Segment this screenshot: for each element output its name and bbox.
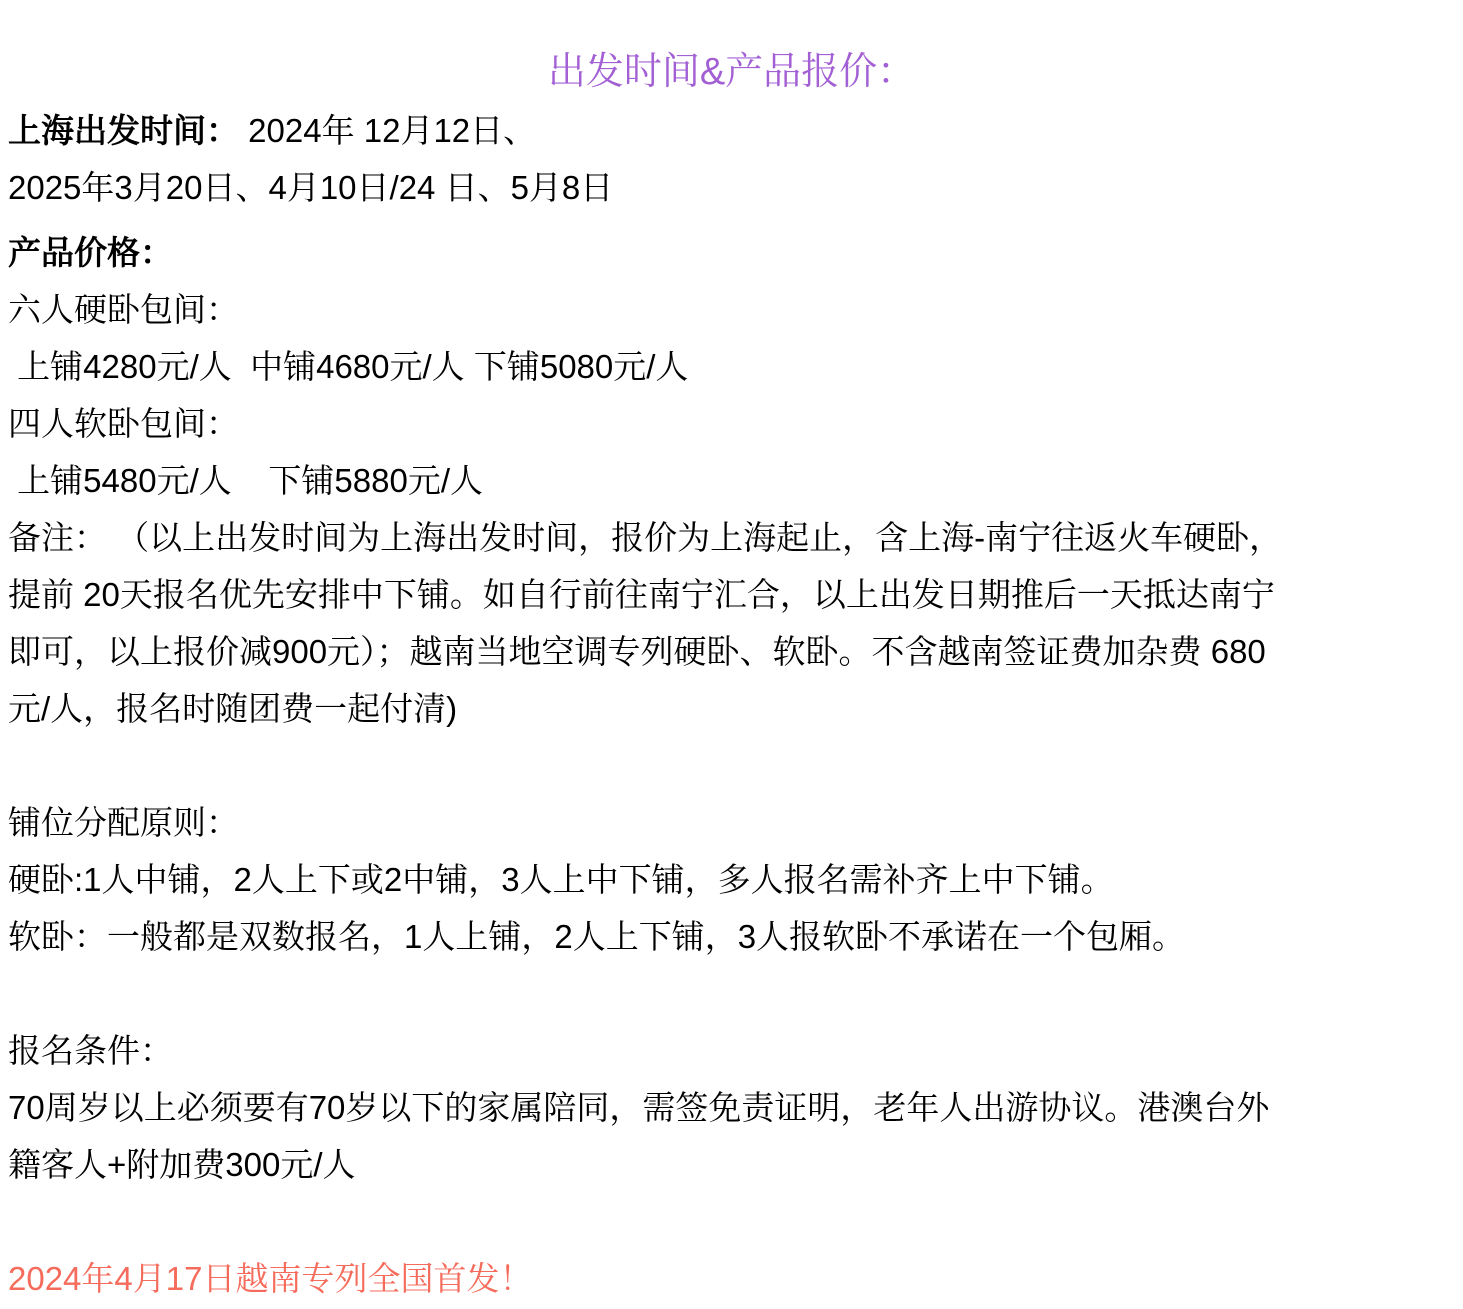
document-page: 出发时间&产品报价： 上海出发时间： 2024年 12月12日、 2025年3月… <box>0 0 1463 1309</box>
berth-hard-sleeper-rule: 硬卧:1人中铺，2人上下或2中铺，3人上中下铺，多人报名需补齐上中下铺。 <box>8 851 1455 908</box>
blank-line <box>8 1193 1455 1250</box>
launch-announcement: 2024年4月17日越南专列全国首发！ <box>8 1250 1455 1307</box>
registration-conditions-line-1: 70周岁以上必须要有70岁以下的家属陪同，需签免责证明，老年人出游协议。港澳台外 <box>8 1079 1455 1136</box>
registration-conditions-line-2: 籍客人+附加费300元/人 <box>8 1136 1455 1193</box>
hard-sleeper-heading: 六人硬卧包间： <box>8 281 1455 338</box>
blank-line <box>8 737 1455 794</box>
soft-sleeper-heading: 四人软卧包间： <box>8 395 1455 452</box>
soft-sleeper-prices: 上铺5480元/人 下铺5880元/人 <box>8 452 1455 509</box>
berth-soft-sleeper-rule: 软卧：一般都是双数报名，1人上铺，2人上下铺，3人报软卧不承诺在一个包厢。 <box>8 908 1455 965</box>
registration-conditions-heading: 报名条件： <box>8 1022 1455 1079</box>
departure-dates-2024: 2024年 12月12日、 <box>239 112 536 149</box>
remarks-line-2: 提前 20天报名优先安排中下铺。如自行前往南宁汇合，以上出发日期推后一天抵达南宁 <box>8 566 1455 623</box>
hard-sleeper-prices: 上铺4280元/人 中铺4680元/人 下铺5080元/人 <box>8 338 1455 395</box>
page-title: 出发时间&产品报价： <box>8 42 1455 102</box>
remarks-line-3: 即可，以上报价减900元）；越南当地空调专列硬卧、软卧。不含越南签证费加杂费 6… <box>8 623 1455 680</box>
remarks-line-4: 元/人，报名时随团费一起付清) <box>8 680 1455 737</box>
product-price-heading: 产品价格： <box>8 224 1455 281</box>
departure-dates-2025: 2025年3月20日、4月10日/24 日、5月8日 <box>8 159 1455 216</box>
departure-time-line: 上海出发时间： 2024年 12月12日、 <box>8 102 1455 159</box>
departure-time-label: 上海出发时间： <box>8 112 239 149</box>
berth-allocation-heading: 铺位分配原则： <box>8 794 1455 851</box>
remarks-line-1: 备注： （以上出发时间为上海出发时间，报价为上海起止，含上海-南宁往返火车硬卧， <box>8 509 1455 566</box>
blank-line <box>8 965 1455 1022</box>
